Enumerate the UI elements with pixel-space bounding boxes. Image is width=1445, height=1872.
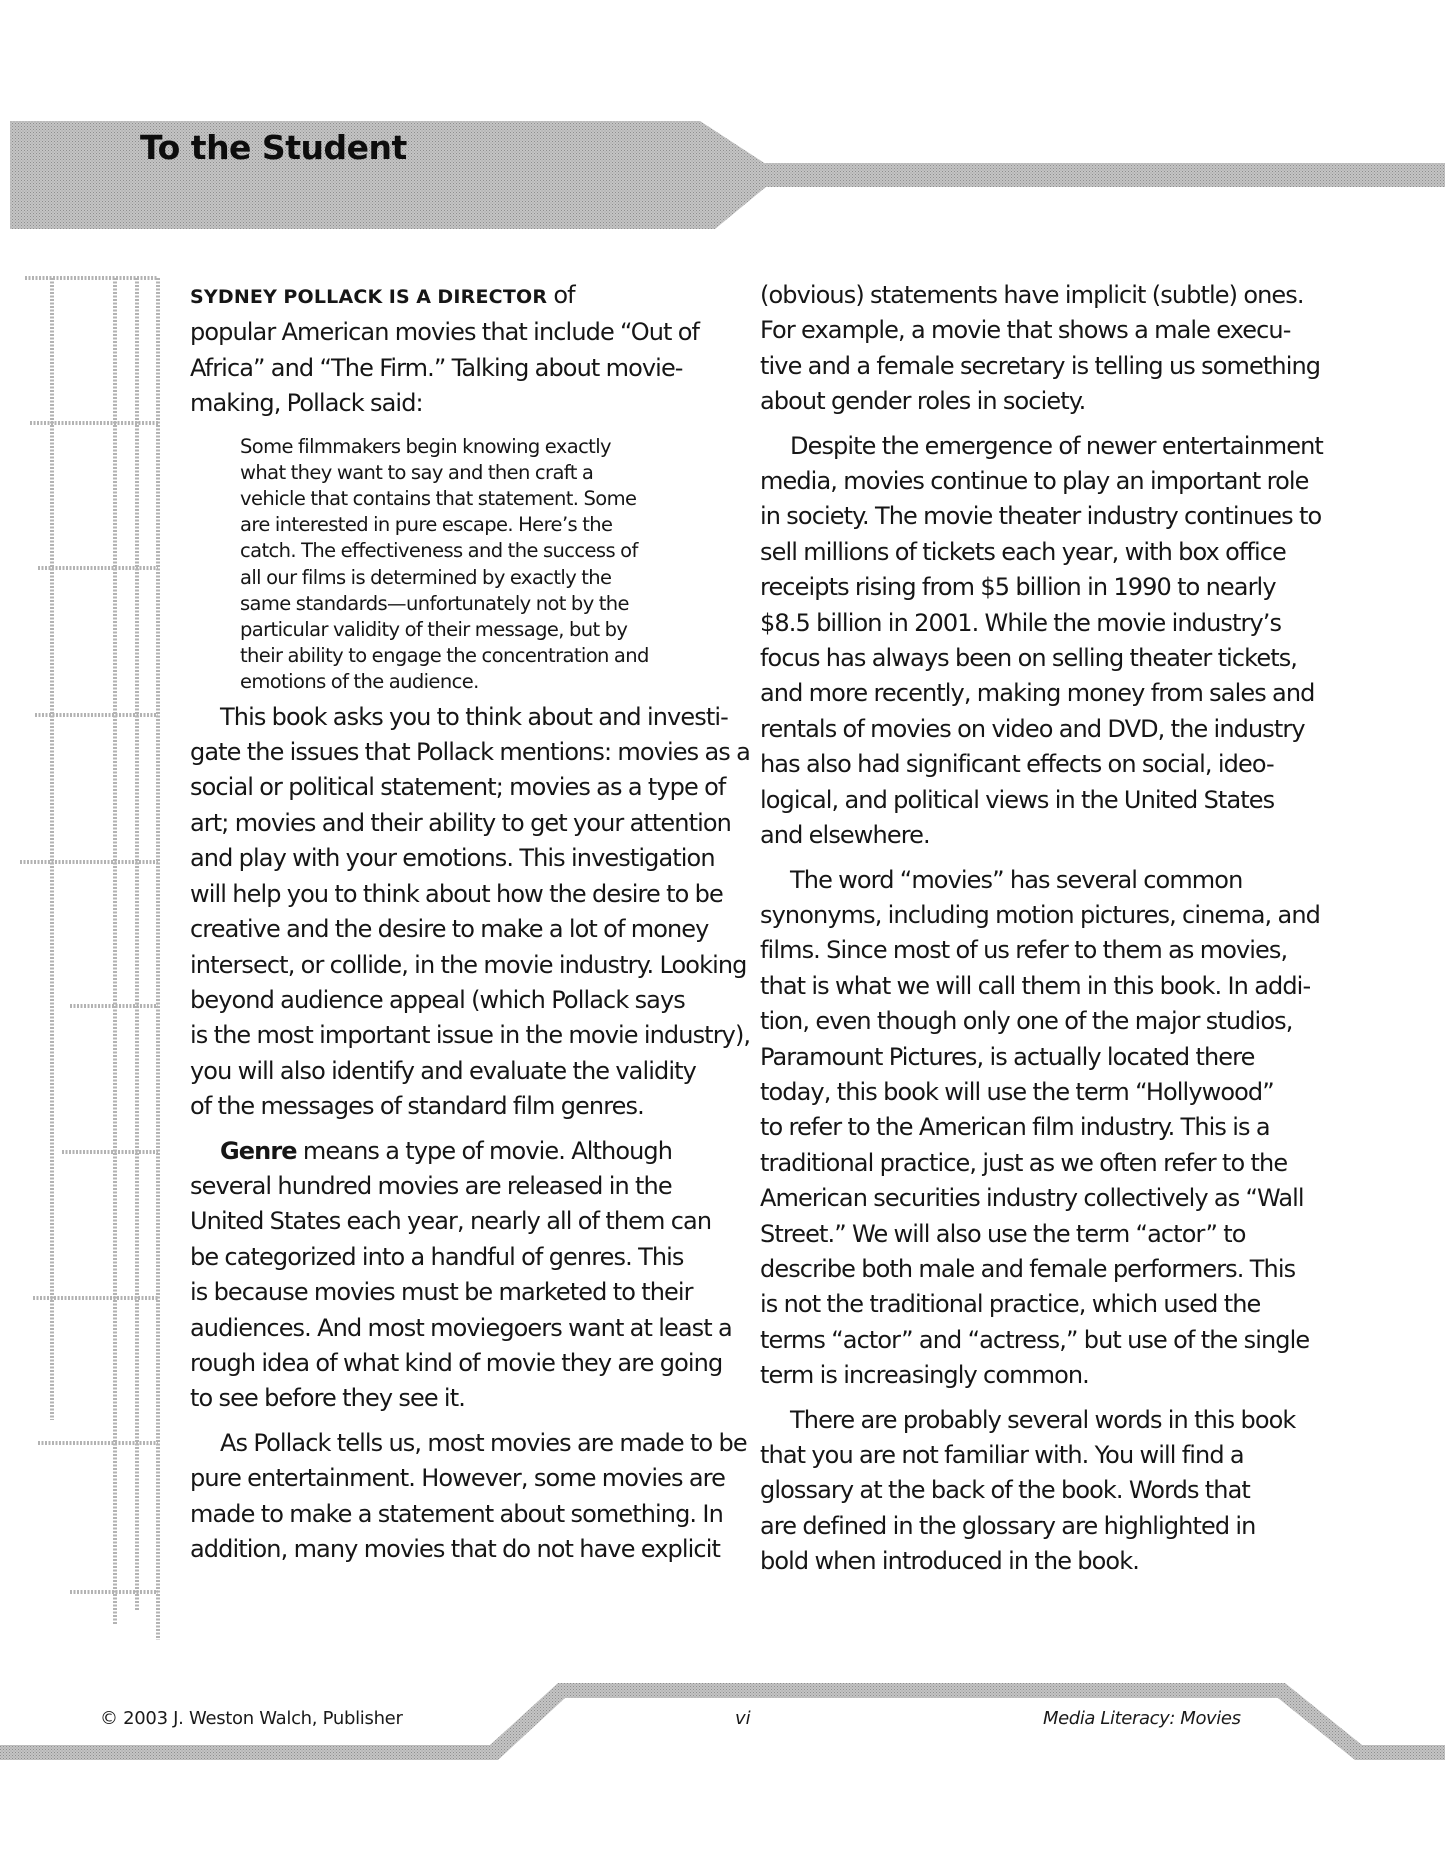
paragraph-investigation: This book asks you to think about and in… bbox=[190, 700, 730, 1125]
text-line: tion, even though only one of the major … bbox=[760, 1004, 1305, 1039]
text-line: As Pollack tells us, most movies are mad… bbox=[190, 1426, 730, 1461]
quote-line: particular validity of their message, bu… bbox=[240, 617, 730, 643]
block-quote: Some filmmakers begin knowing exactly wh… bbox=[240, 434, 730, 696]
quote-line: their ability to engage the concentratio… bbox=[240, 643, 730, 669]
glossary-term-genre: Genre bbox=[220, 1137, 297, 1165]
text-line: glossary at the back of the book. Words … bbox=[760, 1473, 1305, 1508]
text-line: Street.” We will also use the term “acto… bbox=[760, 1217, 1305, 1252]
text-line: gate the issues that Pollack mentions: m… bbox=[190, 735, 730, 770]
text-line: social or political statement; movies as… bbox=[190, 770, 730, 805]
text-line: traditional practice, just as we often r… bbox=[760, 1146, 1305, 1181]
text-line: Africa” and “The Firm.” Talking about mo… bbox=[190, 351, 730, 386]
text-line: The word “movies” has several common bbox=[760, 863, 1305, 898]
text-line: are defined in the glossary are highligh… bbox=[760, 1509, 1305, 1544]
text-line: focus has always been on selling theater… bbox=[760, 641, 1305, 676]
text-line: logical, and political views in the Unit… bbox=[760, 783, 1305, 818]
text-line: Despite the emergence of newer entertain… bbox=[760, 429, 1305, 464]
paragraph-industry: Despite the emergence of newer entertain… bbox=[760, 429, 1305, 854]
text-line: making, Pollack said: bbox=[190, 386, 730, 421]
quote-line: emotions of the audience. bbox=[240, 669, 730, 695]
text-line: addition, many movies that do not have e… bbox=[190, 1532, 730, 1567]
film-strip-decoration bbox=[0, 0, 180, 1650]
text-line: sell millions of tickets each year, with… bbox=[760, 535, 1305, 570]
text-line: audiences. And most moviegoers want at l… bbox=[190, 1311, 730, 1346]
text-line: (obvious) statements have implicit (subt… bbox=[760, 278, 1305, 313]
text-line: terms “actor” and “actress,” but use of … bbox=[760, 1323, 1305, 1358]
text-line: has also had significant effects on soci… bbox=[760, 747, 1305, 782]
text-line: will help you to think about how the des… bbox=[190, 877, 730, 912]
text-line: creative and the desire to make a lot of… bbox=[190, 912, 730, 947]
quote-line: all our films is determined by exactly t… bbox=[240, 565, 730, 591]
text-line: $8.5 billion in 2001. While the movie in… bbox=[760, 606, 1305, 641]
quote-line: Some filmmakers begin knowing exactly bbox=[240, 434, 730, 460]
text-line: and more recently, making money from sal… bbox=[760, 676, 1305, 711]
text-line: means a type of movie. Although bbox=[297, 1137, 672, 1165]
text-line: tive and a female secretary is telling u… bbox=[760, 349, 1305, 384]
quote-line: are interested in pure escape. Here’s th… bbox=[240, 512, 730, 538]
quote-line: vehicle that contains that statement. So… bbox=[240, 486, 730, 512]
quote-line: same standards—unfortunately not by the bbox=[240, 591, 730, 617]
text-line: Paramount Pictures, is actually located … bbox=[760, 1040, 1305, 1075]
page-number: vi bbox=[735, 1708, 751, 1729]
quote-line: what they want to say and then craft a bbox=[240, 460, 730, 486]
text-line: that is what we will call them in this b… bbox=[760, 969, 1305, 1004]
text-line: of bbox=[547, 281, 575, 309]
text-line: in society. The movie theater industry c… bbox=[760, 499, 1305, 534]
intro-lead-caps: SYDNEY POLLACK IS A DIRECTOR bbox=[190, 286, 547, 308]
text-line: United States each year, nearly all of t… bbox=[190, 1204, 730, 1239]
text-line: There are probably several words in this… bbox=[760, 1403, 1305, 1438]
text-line: be categorized into a handful of genres.… bbox=[190, 1240, 730, 1275]
text-line: bold when introduced in the book. bbox=[760, 1544, 1305, 1579]
text-line: several hundred movies are released in t… bbox=[190, 1169, 730, 1204]
quote-line: catch. The effectiveness and the success… bbox=[240, 538, 730, 564]
text-line: popular American movies that include “Ou… bbox=[190, 315, 730, 350]
text-line: pure entertainment. However, some movies… bbox=[190, 1461, 730, 1496]
text-line: you will also identify and evaluate the … bbox=[190, 1054, 730, 1089]
text-line: to see before they see it. bbox=[190, 1381, 730, 1416]
right-column: (obvious) statements have implicit (subt… bbox=[760, 278, 1305, 1589]
page-title: To the Student bbox=[140, 128, 407, 167]
text-line: rough idea of what kind of movie they ar… bbox=[190, 1346, 730, 1381]
text-line: rentals of movies on video and DVD, the … bbox=[760, 712, 1305, 747]
text-line: to refer to the American film industry. … bbox=[760, 1110, 1305, 1145]
copyright-notice: © 2003 J. Weston Walch, Publisher bbox=[100, 1708, 403, 1729]
text-line: of the messages of standard film genres. bbox=[190, 1089, 730, 1124]
text-line: For example, a movie that shows a male e… bbox=[760, 313, 1305, 348]
text-line: This book asks you to think about and in… bbox=[190, 700, 730, 735]
text-line: synonyms, including motion pictures, cin… bbox=[760, 898, 1305, 933]
text-line: and elsewhere. bbox=[760, 818, 1305, 853]
text-line: art; movies and their ability to get you… bbox=[190, 806, 730, 841]
text-line: that you are not familiar with. You will… bbox=[760, 1438, 1305, 1473]
left-column: SYDNEY POLLACK IS A DIRECTOR of popular … bbox=[190, 278, 730, 1576]
paragraph-entertainment: As Pollack tells us, most movies are mad… bbox=[190, 1426, 730, 1568]
paragraph-glossary: There are probably several words in this… bbox=[760, 1403, 1305, 1580]
text-line: American securities industry collectivel… bbox=[760, 1181, 1305, 1216]
text-line: beyond audience appeal (which Pollack sa… bbox=[190, 983, 730, 1018]
intro-paragraph: SYDNEY POLLACK IS A DIRECTOR of popular … bbox=[190, 278, 730, 422]
text-line: and play with your emotions. This invest… bbox=[190, 841, 730, 876]
text-line: films. Since most of us refer to them as… bbox=[760, 933, 1305, 968]
paragraph-implicit: (obvious) statements have implicit (subt… bbox=[760, 278, 1305, 420]
book-title: Media Literacy: Movies bbox=[1043, 1708, 1241, 1729]
text-line: about gender roles in society. bbox=[760, 384, 1305, 419]
text-line: intersect, or collide, in the movie indu… bbox=[190, 948, 730, 983]
text-line: term is increasingly common. bbox=[760, 1358, 1305, 1393]
text-line: media, movies continue to play an import… bbox=[760, 464, 1305, 499]
paragraph-terminology: The word “movies” has several common syn… bbox=[760, 863, 1305, 1394]
text-line: is not the traditional practice, which u… bbox=[760, 1287, 1305, 1322]
paragraph-genre: Genre means a type of movie. Although se… bbox=[190, 1134, 730, 1417]
text-line: made to make a statement about something… bbox=[190, 1497, 730, 1532]
text-line: receipts rising from $5 billion in 1990 … bbox=[760, 570, 1305, 605]
text-line: describe both male and female performers… bbox=[760, 1252, 1305, 1287]
text-line: today, this book will use the term “Holl… bbox=[760, 1075, 1305, 1110]
text-line: is because movies must be marketed to th… bbox=[190, 1275, 730, 1310]
text-line: is the most important issue in the movie… bbox=[190, 1018, 730, 1053]
